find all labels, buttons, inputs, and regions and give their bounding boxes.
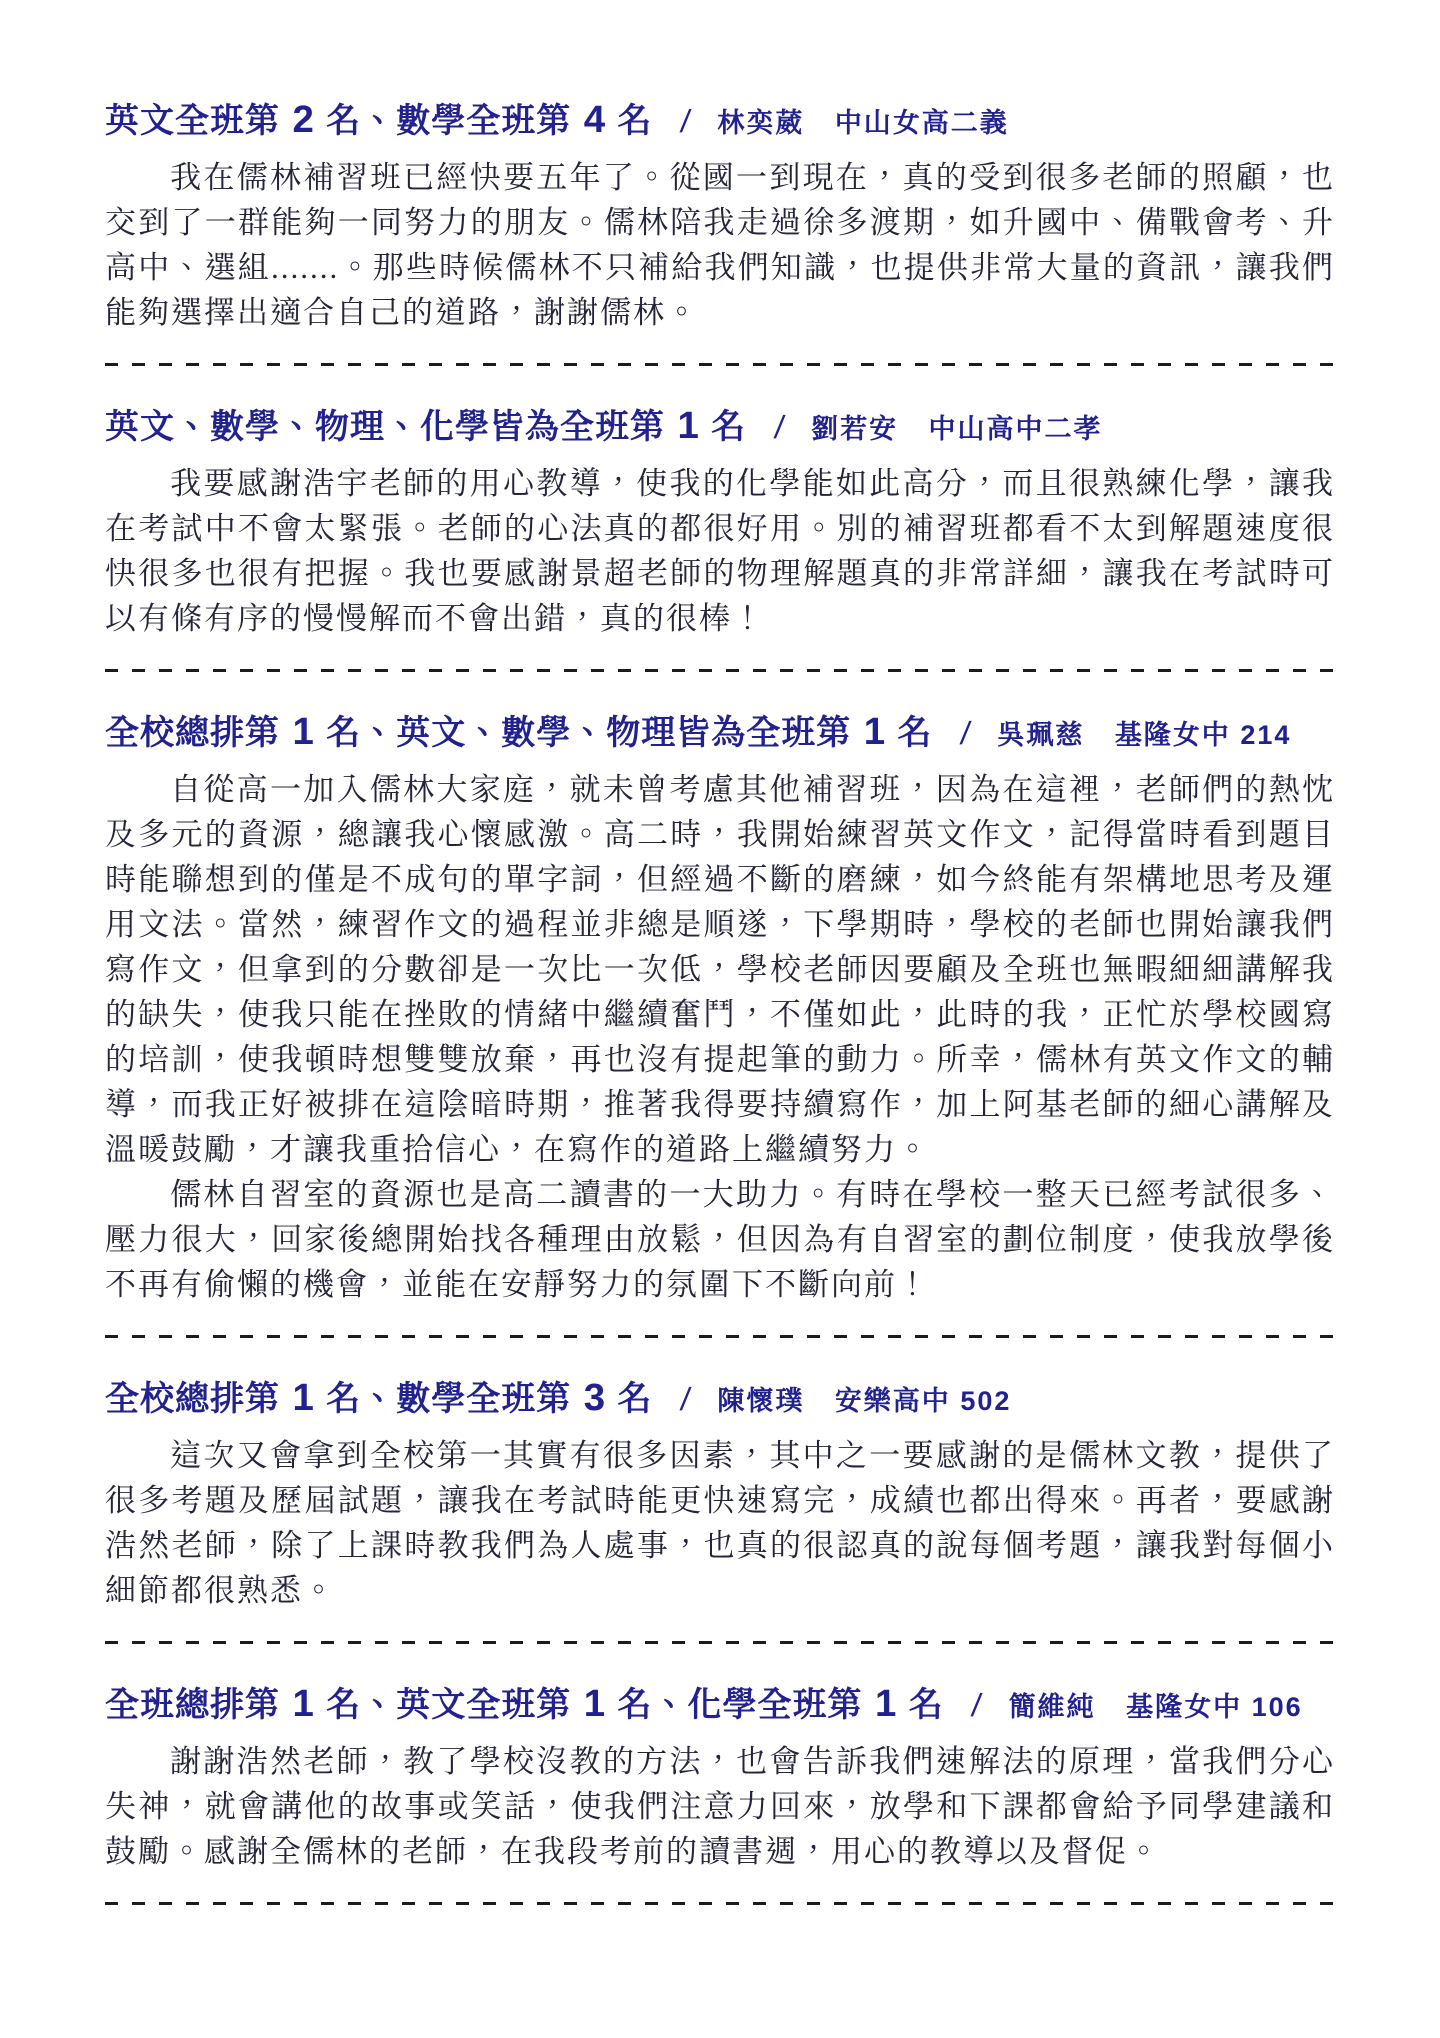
rank-number: 1	[290, 710, 315, 753]
section-heading: 全校總排第 1 名、英文、數學、物理皆為全班第 1 名 / 吳珮慈 基隆女中 2…	[105, 710, 1335, 757]
achievement-title: 全校總排第 1 名、數學全班第 3 名	[105, 1380, 653, 1418]
rank-number: 106	[1252, 1692, 1303, 1722]
dashed-separator	[105, 363, 1335, 366]
rank-number: 502	[960, 1386, 1011, 1416]
testimonial-body: 自從高一加入儒林大家庭，就未曾考慮其他補習班，因為在這裡，老師們的熱忱及多元的資…	[105, 767, 1335, 1307]
document-page: 英文全班第 2 名、數學全班第 4 名 / 林奕葳 中山女高二義 我在儒林補習班…	[0, 0, 1440, 2038]
testimonial-body: 我要感謝浩宇老師的用心教導，使我的化學能如此高分，而且很熟練化學，讓我在考試中不…	[105, 461, 1335, 641]
dashed-separator	[105, 669, 1335, 672]
rank-number: 4	[582, 98, 607, 141]
rank-number: 1	[873, 1682, 898, 1725]
student-name: 林奕葳	[717, 108, 804, 138]
rank-number: 1	[862, 710, 887, 753]
achievement-title: 英文全班第 2 名、數學全班第 4 名	[105, 102, 653, 140]
testimonial-section: 英文全班第 2 名、數學全班第 4 名 / 林奕葳 中山女高二義 我在儒林補習班…	[105, 98, 1335, 366]
slash-separator: /	[678, 99, 694, 143]
slash-separator: /	[958, 711, 974, 755]
student-school: 中山女高二義	[835, 108, 1009, 138]
achievement-title: 全校總排第 1 名、英文、數學、物理皆為全班第 1 名	[105, 714, 933, 752]
section-heading: 英文全班第 2 名、數學全班第 4 名 / 林奕葳 中山女高二義	[105, 98, 1335, 145]
achievement-title: 全班總排第 1 名、英文全班第 1 名、化學全班第 1 名	[105, 1686, 944, 1724]
testimonial-body: 謝謝浩然老師，教了學校沒教的方法，也會告訴我們速解法的原理，當我們分心失神，就會…	[105, 1739, 1335, 1874]
rank-number: 1	[290, 1376, 315, 1419]
testimonial-section: 英文、數學、物理、化學皆為全班第 1 名 / 劉若安 中山高中二孝 我要感謝浩宇…	[105, 404, 1335, 672]
student-school: 安樂高中 502	[835, 1386, 1012, 1416]
student-school: 基隆女中 214	[1115, 720, 1292, 750]
student-name: 簡維純	[1009, 1692, 1096, 1722]
rank-number: 1	[675, 404, 700, 447]
student-school: 基隆女中 106	[1126, 1692, 1303, 1722]
slash-separator: /	[678, 1377, 694, 1421]
testimonial-paragraph: 我在儒林補習班已經快要五年了。從國一到現在，真的受到很多老師的照顧，也交到了一群…	[105, 155, 1335, 335]
testimonial-section: 全校總排第 1 名、英文、數學、物理皆為全班第 1 名 / 吳珮慈 基隆女中 2…	[105, 710, 1335, 1338]
achievement-title: 英文、數學、物理、化學皆為全班第 1 名	[105, 408, 746, 446]
section-heading: 全校總排第 1 名、數學全班第 3 名 / 陳懷璞 安樂高中 502	[105, 1376, 1335, 1423]
rank-number: 1	[290, 1682, 315, 1725]
testimonial-paragraph: 謝謝浩然老師，教了學校沒教的方法，也會告訴我們速解法的原理，當我們分心失神，就會…	[105, 1739, 1335, 1874]
testimonial-paragraph: 這次又會拿到全校第一其實有很多因素，其中之一要感謝的是儒林文教，提供了很多考題及…	[105, 1433, 1335, 1613]
testimonial-paragraph: 自從高一加入儒林大家庭，就未曾考慮其他補習班，因為在這裡，老師們的熱忱及多元的資…	[105, 767, 1335, 1172]
rank-number: 3	[582, 1376, 607, 1419]
student-name: 吳珮慈	[997, 720, 1084, 750]
student-name: 劉若安	[811, 414, 898, 444]
dashed-separator	[105, 1641, 1335, 1644]
testimonial-body: 我在儒林補習班已經快要五年了。從國一到現在，真的受到很多老師的照顧，也交到了一群…	[105, 155, 1335, 335]
dashed-separator	[105, 1335, 1335, 1338]
slash-separator: /	[969, 1683, 985, 1727]
section-heading: 全班總排第 1 名、英文全班第 1 名、化學全班第 1 名 / 簡維純 基隆女中…	[105, 1682, 1335, 1729]
testimonial-body: 這次又會拿到全校第一其實有很多因素，其中之一要感謝的是儒林文教，提供了很多考題及…	[105, 1433, 1335, 1613]
student-name: 陳懷璞	[717, 1386, 804, 1416]
testimonial-paragraph: 我要感謝浩宇老師的用心教導，使我的化學能如此高分，而且很熟練化學，讓我在考試中不…	[105, 461, 1335, 641]
testimonial-paragraph: 儒林自習室的資源也是高二讀書的一大助力。有時在學校一整天已經考試很多、壓力很大，…	[105, 1172, 1335, 1307]
dashed-separator	[105, 1902, 1335, 1905]
student-school: 中山高中二孝	[929, 414, 1103, 444]
testimonial-section: 全校總排第 1 名、數學全班第 3 名 / 陳懷璞 安樂高中 502 這次又會拿…	[105, 1376, 1335, 1644]
testimonial-section: 全班總排第 1 名、英文全班第 1 名、化學全班第 1 名 / 簡維純 基隆女中…	[105, 1682, 1335, 1905]
rank-number: 1	[582, 1682, 607, 1725]
sections-container: 英文全班第 2 名、數學全班第 4 名 / 林奕葳 中山女高二義 我在儒林補習班…	[105, 98, 1335, 1905]
slash-separator: /	[772, 405, 788, 449]
rank-number: 214	[1240, 720, 1291, 750]
rank-number: 2	[290, 98, 315, 141]
section-heading: 英文、數學、物理、化學皆為全班第 1 名 / 劉若安 中山高中二孝	[105, 404, 1335, 451]
